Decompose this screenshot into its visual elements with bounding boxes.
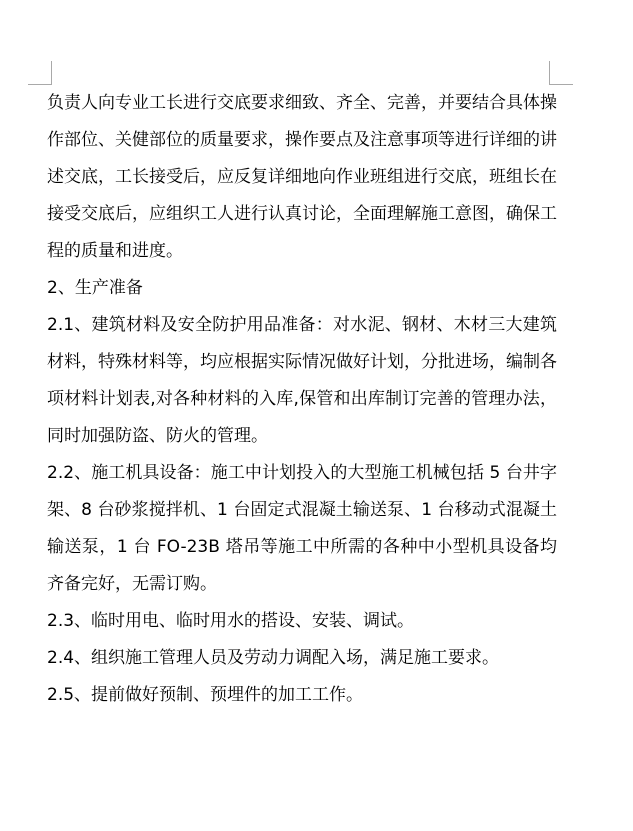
paragraph-2-4-staffing: 2.4、组织施工管理人员及劳动力调配入场，满足施工要求。 bbox=[47, 640, 557, 677]
paragraph-2-2-equipment: 2.2、施工机具设备：施工中计划投入的大型施工机械包括 5 台井字架、8 台砂浆… bbox=[47, 455, 557, 603]
text-boundary-mark-top-left bbox=[28, 61, 52, 85]
document-body: 负责人向专业工长进行交底要求细致、齐全、完善，并要结合具体操作部位、关健部位的质… bbox=[47, 85, 557, 714]
paragraph-2-5-prefab: 2.5、提前做好预制、预埋件的加工工作。 bbox=[47, 677, 557, 714]
paragraph-continuation: 负责人向专业工长进行交底要求细致、齐全、完善，并要结合具体操作部位、关健部位的质… bbox=[47, 85, 557, 270]
text-boundary-mark-top-right bbox=[549, 61, 573, 85]
document-page: 负责人向专业工长进行交底要求细致、齐全、完善，并要结合具体操作部位、关健部位的质… bbox=[0, 0, 633, 831]
paragraph-2-1-materials: 2.1、建筑材料及安全防护用品准备：对水泥、钢材、木材三大建筑材料，特殊材料等，… bbox=[47, 307, 557, 455]
paragraph-section-2-heading: 2、生产准备 bbox=[47, 270, 557, 307]
paragraph-2-3-utilities: 2.3、临时用电、临时用水的搭设、安装、调试。 bbox=[47, 603, 557, 640]
